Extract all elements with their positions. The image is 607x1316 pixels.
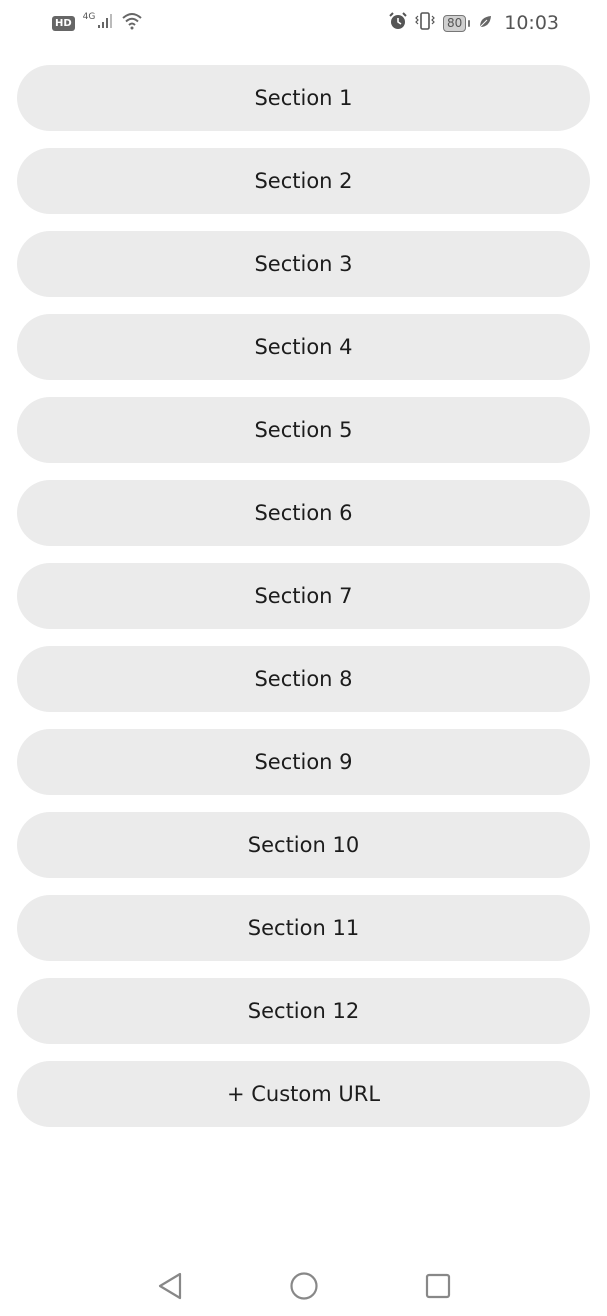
vibrate-icon bbox=[415, 12, 435, 35]
menu-item-4[interactable]: Section 4 bbox=[17, 314, 590, 380]
alarm-icon bbox=[389, 12, 407, 35]
battery-icon: 80 bbox=[443, 15, 466, 32]
menu-item-label: + Custom URL bbox=[227, 1082, 380, 1106]
menu-item-9[interactable]: Section 9 bbox=[17, 729, 590, 795]
menu-item-label: Section 2 bbox=[254, 169, 352, 193]
back-button[interactable] bbox=[153, 1269, 187, 1303]
menu-item-label: Section 8 bbox=[254, 667, 352, 691]
menu-item-11[interactable]: Section 11 bbox=[17, 895, 590, 961]
status-right: 80 10:03 bbox=[389, 12, 559, 35]
leaf-icon bbox=[478, 13, 492, 34]
network-type-label: 4G bbox=[83, 12, 96, 22]
menu-item-label: Section 9 bbox=[254, 750, 352, 774]
menu-item-label: Section 1 bbox=[254, 86, 352, 110]
status-left: HD 4G bbox=[52, 12, 143, 35]
menu-item-10[interactable]: Section 10 bbox=[17, 812, 590, 878]
menu-item-label: Section 6 bbox=[254, 501, 352, 525]
menu-item-5[interactable]: Section 5 bbox=[17, 397, 590, 463]
wifi-icon bbox=[121, 12, 143, 35]
menu-item-2[interactable]: Section 2 bbox=[17, 148, 590, 214]
menu-item-label: Section 3 bbox=[254, 252, 352, 276]
menu-list: Section 1 Section 2 Section 3 Section 4 … bbox=[17, 65, 590, 1127]
menu-item-label: Section 12 bbox=[248, 999, 359, 1023]
menu-item-label: Section 7 bbox=[254, 584, 352, 608]
menu-item-label: Section 5 bbox=[254, 418, 352, 442]
home-icon bbox=[289, 1271, 319, 1301]
menu-item-7[interactable]: Section 7 bbox=[17, 563, 590, 629]
recents-icon bbox=[424, 1272, 452, 1300]
menu-item-label: Section 11 bbox=[248, 916, 359, 940]
menu-item-1[interactable]: Section 1 bbox=[17, 65, 590, 131]
menu-item-label: Section 4 bbox=[254, 335, 352, 359]
signal-icon bbox=[97, 13, 113, 34]
navigation-bar bbox=[0, 1256, 607, 1316]
menu-item-12[interactable]: Section 12 bbox=[17, 978, 590, 1044]
status-bar: HD 4G 80 10:03 bbox=[0, 0, 607, 46]
home-button[interactable] bbox=[287, 1269, 321, 1303]
back-icon bbox=[156, 1271, 184, 1301]
menu-item-8[interactable]: Section 8 bbox=[17, 646, 590, 712]
recents-button[interactable] bbox=[421, 1269, 455, 1303]
menu-item-3[interactable]: Section 3 bbox=[17, 231, 590, 297]
menu-item-label: Section 10 bbox=[248, 833, 359, 857]
clock: 10:03 bbox=[504, 12, 559, 34]
menu-item-6[interactable]: Section 6 bbox=[17, 480, 590, 546]
hd-icon: HD bbox=[52, 16, 75, 31]
add-custom-url-button[interactable]: + Custom URL bbox=[17, 1061, 590, 1127]
